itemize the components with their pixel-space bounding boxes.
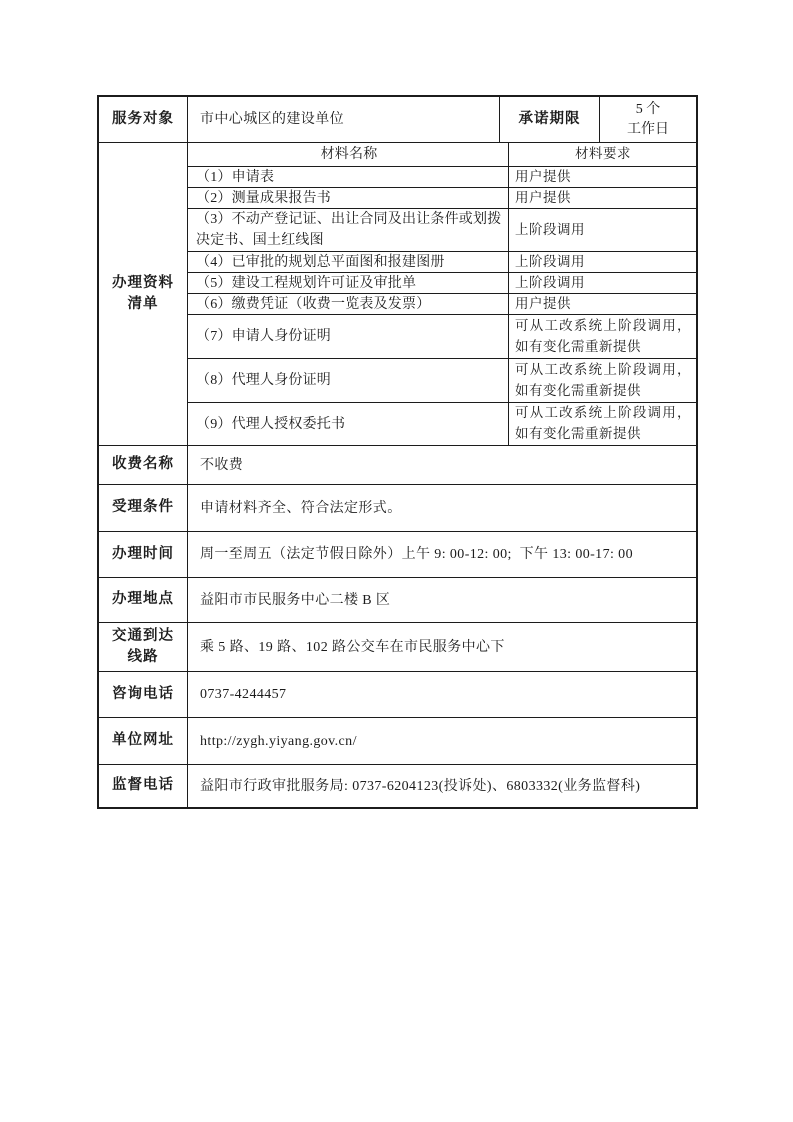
material-name: （8）代理人身份证明 bbox=[188, 359, 508, 402]
inquiry-phone-row: 咨询电话 0737-4244457 bbox=[99, 671, 696, 717]
promise-period-label: 承诺期限 bbox=[499, 97, 599, 142]
material-requirement: 可从工改系统上阶段调用，如有变化需重新提供 bbox=[508, 315, 696, 358]
promise-period-value: 5 个 工作日 bbox=[599, 97, 696, 142]
material-name: （7）申请人身份证明 bbox=[188, 315, 508, 358]
material-row-8: （8）代理人身份证明 可从工改系统上阶段调用，如有变化需重新提供 bbox=[188, 358, 696, 402]
materials-list: 材料名称 材料要求 （1）申请表 用户提供 （2）测量成果报告书 用户提供 （3… bbox=[187, 143, 696, 445]
material-requirement: 用户提供 bbox=[508, 167, 696, 187]
transit-routes-label: 交通到达 线路 bbox=[99, 623, 187, 671]
office-location-value: 益阳市市民服务中心二楼 B 区 bbox=[187, 578, 696, 622]
material-name: （9）代理人授权委托书 bbox=[188, 403, 508, 445]
fee-name-row: 收费名称 不收费 bbox=[99, 445, 696, 484]
office-location-label: 办理地点 bbox=[99, 578, 187, 622]
material-row-2: （2）测量成果报告书 用户提供 bbox=[188, 187, 696, 208]
material-name-header: 材料名称 bbox=[188, 143, 508, 166]
material-requirement: 上阶段调用 bbox=[508, 252, 696, 272]
material-row-9: （9）代理人授权委托书 可从工改系统上阶段调用，如有变化需重新提供 bbox=[188, 402, 696, 445]
website-row: 单位网址 http://zygh.yiyang.gov.cn/ bbox=[99, 717, 696, 764]
materials-header-row: 材料名称 材料要求 bbox=[188, 143, 696, 166]
material-row-6: （6）缴费凭证（收费一览表及发票） 用户提供 bbox=[188, 293, 696, 314]
service-target-row: 服务对象 市中心城区的建设单位 承诺期限 5 个 工作日 bbox=[99, 97, 696, 142]
service-guide-table: 服务对象 市中心城区的建设单位 承诺期限 5 个 工作日 办理资料 清单 材料名… bbox=[97, 95, 698, 809]
supervision-phone-label: 监督电话 bbox=[99, 765, 187, 807]
material-name: （1）申请表 bbox=[188, 167, 508, 187]
material-name: （3）不动产登记证、出让合同及出让条件或划拨决定书、国土红线图 bbox=[188, 209, 508, 251]
material-requirement: 上阶段调用 bbox=[508, 273, 696, 293]
acceptance-condition-value: 申请材料齐全、符合法定形式。 bbox=[187, 485, 696, 531]
material-row-7: （7）申请人身份证明 可从工改系统上阶段调用，如有变化需重新提供 bbox=[188, 314, 696, 358]
transit-routes-row: 交通到达 线路 乘 5 路、19 路、102 路公交车在市民服务中心下 bbox=[99, 622, 696, 671]
inquiry-phone-value: 0737-4244457 bbox=[187, 672, 696, 717]
website-value: http://zygh.yiyang.gov.cn/ bbox=[187, 718, 696, 764]
material-row-3: （3）不动产登记证、出让合同及出让条件或划拨决定书、国土红线图 上阶段调用 bbox=[188, 208, 696, 251]
acceptance-condition-label: 受理条件 bbox=[99, 485, 187, 531]
material-name: （5）建设工程规划许可证及审批单 bbox=[188, 273, 508, 293]
material-requirement-header: 材料要求 bbox=[508, 143, 696, 166]
acceptance-condition-row: 受理条件 申请材料齐全、符合法定形式。 bbox=[99, 484, 696, 531]
supervision-phone-row: 监督电话 益阳市行政审批服务局: 0737-6204123(投诉处)、68033… bbox=[99, 764, 696, 807]
service-target-value: 市中心城区的建设单位 bbox=[187, 97, 499, 142]
material-row-1: （1）申请表 用户提供 bbox=[188, 166, 696, 187]
supervision-phone-value: 益阳市行政审批服务局: 0737-6204123(投诉处)、6803332(业务… bbox=[187, 765, 696, 807]
material-requirement: 用户提供 bbox=[508, 294, 696, 314]
materials-section-label: 办理资料 清单 bbox=[99, 143, 187, 445]
materials-section: 办理资料 清单 材料名称 材料要求 （1）申请表 用户提供 （2）测量成果报告书… bbox=[99, 142, 696, 445]
office-hours-value: 周一至周五（法定节假日除外）上午 9: 00-12: 00; 下午 13: 00… bbox=[187, 532, 696, 577]
office-location-row: 办理地点 益阳市市民服务中心二楼 B 区 bbox=[99, 577, 696, 622]
material-requirement: 可从工改系统上阶段调用，如有变化需重新提供 bbox=[508, 403, 696, 445]
office-hours-row: 办理时间 周一至周五（法定节假日除外）上午 9: 00-12: 00; 下午 1… bbox=[99, 531, 696, 577]
document-page: 服务对象 市中心城区的建设单位 承诺期限 5 个 工作日 办理资料 清单 材料名… bbox=[0, 0, 793, 1122]
material-name: （4）已审批的规划总平面图和报建图册 bbox=[188, 252, 508, 272]
inquiry-phone-label: 咨询电话 bbox=[99, 672, 187, 717]
material-name: （2）测量成果报告书 bbox=[188, 188, 508, 208]
material-row-4: （4）已审批的规划总平面图和报建图册 上阶段调用 bbox=[188, 251, 696, 272]
material-requirement: 上阶段调用 bbox=[508, 209, 696, 251]
fee-name-value: 不收费 bbox=[187, 446, 696, 484]
material-row-5: （5）建设工程规划许可证及审批单 上阶段调用 bbox=[188, 272, 696, 293]
material-name: （6）缴费凭证（收费一览表及发票） bbox=[188, 294, 508, 314]
transit-routes-value: 乘 5 路、19 路、102 路公交车在市民服务中心下 bbox=[187, 623, 696, 671]
fee-name-label: 收费名称 bbox=[99, 446, 187, 484]
service-target-label: 服务对象 bbox=[99, 97, 187, 142]
office-hours-label: 办理时间 bbox=[99, 532, 187, 577]
material-requirement: 用户提供 bbox=[508, 188, 696, 208]
website-label: 单位网址 bbox=[99, 718, 187, 764]
material-requirement: 可从工改系统上阶段调用，如有变化需重新提供 bbox=[508, 359, 696, 402]
